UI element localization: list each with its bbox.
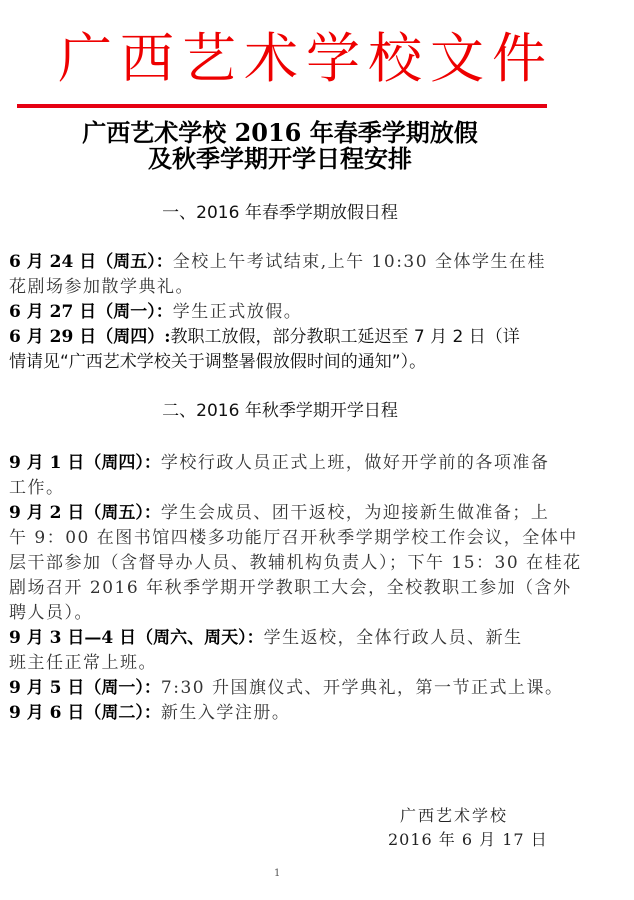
schedule-item-line: 情请见“广西艺术学校关于调整暑假放假时间的通知”）。 (9, 350, 554, 375)
schedule-item-line: 午 9：00 在图书馆四楼多功能厅召开秋季学期学校工作会议，全体中 (9, 526, 554, 551)
schedule-item-line: 9 月 3 日—4 日（周六、周天）：学生返校，全体行政人员、新生 (9, 626, 554, 651)
signature-org: 广西艺术学校 (400, 804, 508, 828)
schedule-item-line: 层干部参加（含督导办人员、教辅机构负责人）；下午 15：30 在桂花 (9, 551, 554, 576)
section-heading-spring: 一、2016 年春季学期放假日程 (0, 202, 560, 224)
page-number: 1 (274, 868, 280, 879)
schedule-item-line: 9 月 1 日（周四）：学校行政人员正式上班，做好开学前的各项准备 (9, 451, 554, 476)
schedule-item-line: 9 月 5 日（周一）：7:30 升国旗仪式、开学典礼，第一节正式上课。 (9, 676, 554, 701)
schedule-date: 9 月 5 日（周一）： (9, 678, 161, 698)
schedule-text: 学生返校，全体行政人员、新生 (264, 628, 523, 648)
schedule-text: 学校行政人员正式上班，做好开学前的各项准备 (161, 453, 550, 473)
document-title-line2: 及秋季学期开学日程安排 (0, 146, 560, 172)
signature-date: 2016 年 6 月 17 日 (388, 828, 548, 852)
schedule-date: 9 月 2 日（周五）： (9, 503, 161, 523)
schedule-date: 6 月 27 日（周一）： (9, 302, 173, 322)
schedule-item-line: 花剧场参加散学典礼。 (9, 275, 554, 300)
autumn-schedule: 9 月 1 日（周四）：学校行政人员正式上班，做好开学前的各项准备 工作。 9 … (9, 451, 554, 726)
masthead-title: 广西艺术学校文件 (58, 24, 528, 94)
schedule-item-line: 聘人员）。 (9, 601, 554, 626)
schedule-date: 6 月 24 日（周五）： (9, 252, 173, 272)
schedule-date: 9 月 1 日（周四）： (9, 453, 161, 473)
schedule-text: 新生入学注册。 (161, 703, 291, 723)
schedule-item-line: 6 月 24 日（周五）：全校上午考试结束,上午 10:30 全体学生在桂 (9, 250, 554, 275)
schedule-item-line: 6 月 29 日（周四）:教职工放假，部分教职工延迟至 7 月 2 日（详 (9, 325, 554, 350)
section-heading-autumn: 二、2016 年秋季学期开学日程 (0, 400, 560, 422)
schedule-item-line: 班主任正常上班。 (9, 651, 554, 676)
schedule-item-line: 9 月 6 日（周二）：新生入学注册。 (9, 701, 554, 726)
schedule-date: 9 月 6 日（周二）： (9, 703, 161, 723)
schedule-text: 7:30 升国旗仪式、开学典礼，第一节正式上课。 (161, 678, 564, 698)
schedule-date: 6 月 29 日（周四）: (9, 327, 171, 347)
spring-schedule: 6 月 24 日（周五）：全校上午考试结束,上午 10:30 全体学生在桂 花剧… (9, 250, 554, 375)
schedule-text: 教职工放假，部分教职工延迟至 7 月 2 日（详 (171, 327, 520, 347)
schedule-text: 学生正式放假。 (173, 302, 303, 322)
masthead-red-rule (17, 104, 547, 108)
schedule-date: 9 月 3 日—4 日（周六、周天）： (9, 628, 264, 648)
document-title-line1: 广西艺术学校 2016 年春季学期放假 (0, 120, 560, 146)
schedule-item-line: 9 月 2 日（周五）：学生会成员、团干返校，为迎接新生做准备；上 (9, 501, 554, 526)
schedule-text: 全校上午考试结束,上午 10:30 全体学生在桂 (173, 252, 546, 272)
schedule-text: 学生会成员、团干返校，为迎接新生做准备；上 (161, 503, 550, 523)
schedule-item-line: 6 月 27 日（周一）：学生正式放假。 (9, 300, 554, 325)
schedule-item-line: 工作。 (9, 476, 554, 501)
schedule-item-line: 剧场召开 2016 年秋季学期开学教职工大会，全校教职工参加（含外 (9, 576, 554, 601)
